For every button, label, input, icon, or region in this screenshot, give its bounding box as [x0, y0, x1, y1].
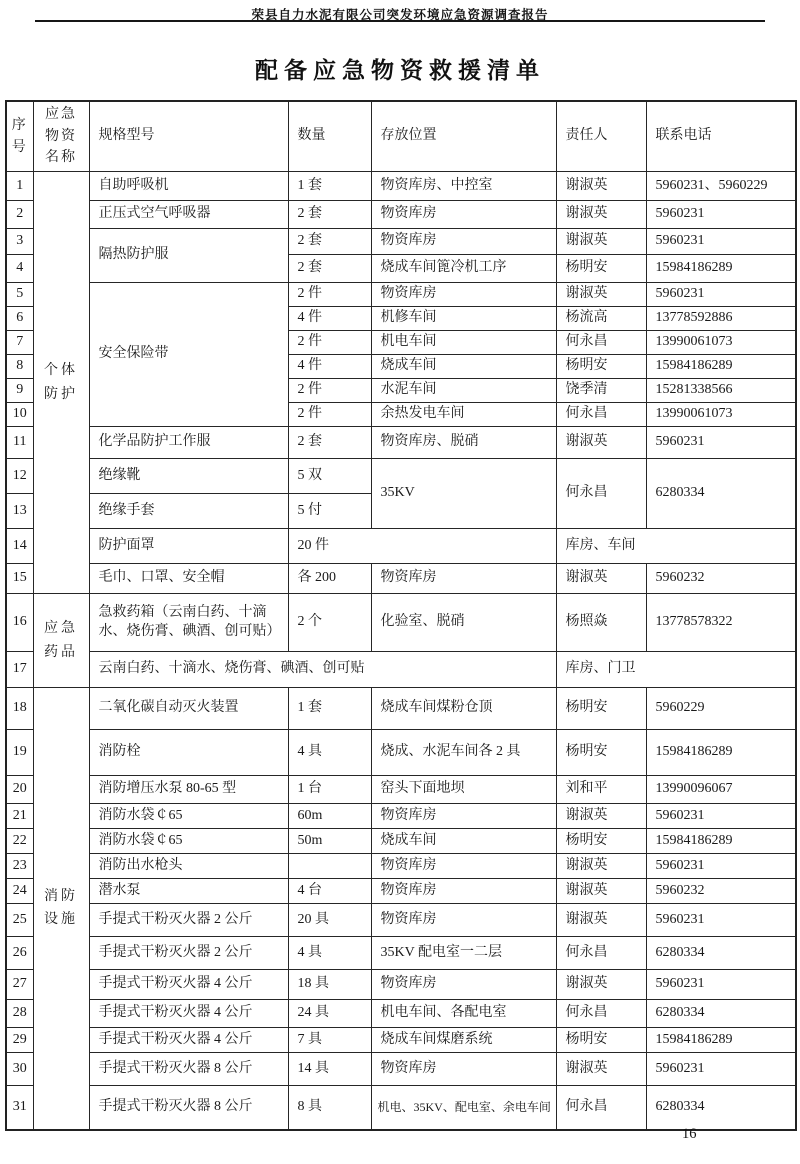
responsible-cell: 杨明安	[556, 255, 646, 283]
phone-cell: 13990096067	[646, 776, 796, 804]
responsible-cell: 杨照焱	[556, 594, 646, 652]
row-number-cell: 29	[6, 1028, 33, 1053]
header-divider	[35, 20, 765, 22]
responsible-cell: 库房、门卫	[556, 652, 796, 688]
quantity-cell: 5 双	[288, 459, 371, 494]
location-cell: 烧成车间煤磨系统	[371, 1028, 556, 1053]
responsible-cell: 谢淑英	[556, 564, 646, 594]
phone-cell: 5960231	[646, 283, 796, 307]
quantity-cell: 2 套	[288, 229, 371, 255]
quantity-cell	[288, 854, 371, 879]
table-row: 23消防出水枪头物资库房谢淑英5960231	[6, 854, 796, 879]
location-cell: 烧成车间煤粉仓顶	[371, 688, 556, 730]
row-number-cell: 25	[6, 904, 33, 937]
table-row: 22消防水袋￠6550m烧成车间杨明安15984186289	[6, 829, 796, 854]
phone-cell: 13990061073	[646, 331, 796, 355]
row-number-cell: 5	[6, 283, 33, 307]
spec-cell: 防护面罩	[89, 529, 288, 564]
responsible-cell: 谢淑英	[556, 172, 646, 201]
spec-cell: 手提式干粉灭火器 4 公斤	[89, 970, 288, 1000]
table-row: 28手提式干粉灭火器 4 公斤24 具机电车间、各配电室何永昌6280334	[6, 1000, 796, 1028]
row-number-cell: 26	[6, 937, 33, 970]
phone-cell: 5960232	[646, 564, 796, 594]
row-number-cell: 6	[6, 307, 33, 331]
spec-cell: 消防出水枪头	[89, 854, 288, 879]
responsible-cell: 谢淑英	[556, 201, 646, 229]
responsible-cell: 杨明安	[556, 688, 646, 730]
location-cell: 化验室、脱硝	[371, 594, 556, 652]
quantity-cell: 2 件	[288, 283, 371, 307]
row-number-cell: 28	[6, 1000, 33, 1028]
spec-cell: 消防增压水泵 80-65 型	[89, 776, 288, 804]
quantity-cell: 2 套	[288, 201, 371, 229]
row-number-cell: 23	[6, 854, 33, 879]
location-cell: 物资库房	[371, 564, 556, 594]
responsible-cell: 谢淑英	[556, 804, 646, 829]
phone-cell: 6280334	[646, 459, 796, 529]
responsible-cell: 何永昌	[556, 937, 646, 970]
table-body: 1个体 防护自助呼吸机1 套物资库房、中控室谢淑英5960231、5960229…	[6, 172, 796, 1130]
spec-cell: 自助呼吸机	[89, 172, 288, 201]
quantity-cell: 18 具	[288, 970, 371, 1000]
page-number: 16	[682, 1126, 697, 1143]
table-row: 16应急 药品急救药箱（云南白药、十滴水、烧伤膏、碘酒、创可贴）2 个化验室、脱…	[6, 594, 796, 652]
table-row: 12绝缘靴5 双35KV何永昌6280334	[6, 459, 796, 494]
table-row: 29手提式干粉灭火器 4 公斤7 具烧成车间煤磨系统杨明安15984186289	[6, 1028, 796, 1053]
column-header: 联系电话	[646, 101, 796, 172]
table-row: 25手提式干粉灭火器 2 公斤20 具物资库房谢淑英5960231	[6, 904, 796, 937]
phone-cell: 15984186289	[646, 829, 796, 854]
table-row: 31手提式干粉灭火器 8 公斤8 具机电、35KV、配电室、余电车间何永昌628…	[6, 1086, 796, 1130]
spec-cell: 云南白药、十滴水、烧伤膏、碘酒、创可贴	[89, 652, 556, 688]
spec-cell: 消防栓	[89, 730, 288, 776]
phone-cell: 5960231	[646, 427, 796, 459]
location-cell: 烧成车间	[371, 355, 556, 379]
row-number-cell: 1	[6, 172, 33, 201]
phone-cell: 5960231	[646, 201, 796, 229]
row-number-cell: 14	[6, 529, 33, 564]
spec-cell: 手提式干粉灭火器 8 公斤	[89, 1053, 288, 1086]
table-row: 2正压式空气呼吸器2 套物资库房谢淑英5960231	[6, 201, 796, 229]
location-cell: 物资库房	[371, 904, 556, 937]
spec-cell: 消防水袋￠65	[89, 804, 288, 829]
spec-cell: 潜水泵	[89, 879, 288, 904]
location-cell: 物资库房	[371, 1053, 556, 1086]
row-number-cell: 31	[6, 1086, 33, 1130]
spec-cell: 手提式干粉灭火器 8 公斤	[89, 1086, 288, 1130]
quantity-cell: 2 套	[288, 255, 371, 283]
row-number-cell: 24	[6, 879, 33, 904]
quantity-cell: 20 件	[288, 529, 556, 564]
table-row: 17云南白药、十滴水、烧伤膏、碘酒、创可贴库房、门卫	[6, 652, 796, 688]
location-cell: 窑头下面地坝	[371, 776, 556, 804]
phone-cell: 15984186289	[646, 255, 796, 283]
responsible-cell: 杨明安	[556, 355, 646, 379]
row-number-cell: 20	[6, 776, 33, 804]
quantity-cell: 7 具	[288, 1028, 371, 1053]
spec-cell: 安全保险带	[89, 283, 288, 427]
table-row: 19消防栓4 具烧成、水泥车间各 2 具杨明安15984186289	[6, 730, 796, 776]
responsible-cell: 何永昌	[556, 459, 646, 529]
row-number-cell: 13	[6, 494, 33, 529]
header-row: 序 号应急 物资 名称规格型号数量存放位置责任人联系电话	[6, 101, 796, 172]
responsible-cell: 谢淑英	[556, 904, 646, 937]
spec-cell: 绝缘靴	[89, 459, 288, 494]
table-row: 27手提式干粉灭火器 4 公斤18 具物资库房谢淑英5960231	[6, 970, 796, 1000]
category-cell: 个体 防护	[33, 172, 89, 594]
table-row: 3隔热防护服2 套物资库房谢淑英5960231	[6, 229, 796, 255]
phone-cell: 5960231	[646, 1053, 796, 1086]
spec-cell: 化学品防护工作服	[89, 427, 288, 459]
location-cell: 烧成车间篦冷机工序	[371, 255, 556, 283]
phone-cell: 5960231	[646, 904, 796, 937]
location-cell: 物资库房	[371, 879, 556, 904]
table-row: 11化学品防护工作服2 套物资库房、脱硝谢淑英5960231	[6, 427, 796, 459]
location-cell: 余热发电车间	[371, 403, 556, 427]
table-row: 20消防增压水泵 80-65 型1 台窑头下面地坝刘和平13990096067	[6, 776, 796, 804]
location-cell: 物资库房	[371, 854, 556, 879]
location-cell: 35KV 配电室一二层	[371, 937, 556, 970]
spec-cell: 毛巾、口罩、安全帽	[89, 564, 288, 594]
location-cell: 机电车间、各配电室	[371, 1000, 556, 1028]
document-page: 荣县自力水泥有限公司突发环境应急资源调查报告 配备应急物资救援清单 序 号应急 …	[0, 0, 800, 1164]
document-title: 配备应急物资救援清单	[0, 52, 800, 85]
table-row: 30手提式干粉灭火器 8 公斤14 具物资库房谢淑英5960231	[6, 1053, 796, 1086]
phone-cell: 5960231	[646, 804, 796, 829]
column-header: 序 号	[6, 101, 33, 172]
responsible-cell: 谢淑英	[556, 854, 646, 879]
row-number-cell: 9	[6, 379, 33, 403]
spec-cell: 隔热防护服	[89, 229, 288, 283]
quantity-cell: 4 具	[288, 730, 371, 776]
responsible-cell: 谢淑英	[556, 879, 646, 904]
location-cell: 机电、35KV、配电室、余电车间	[371, 1086, 556, 1130]
spec-cell: 手提式干粉灭火器 4 公斤	[89, 1000, 288, 1028]
location-cell: 烧成、水泥车间各 2 具	[371, 730, 556, 776]
quantity-cell: 50m	[288, 829, 371, 854]
phone-cell: 5960231	[646, 970, 796, 1000]
responsible-cell: 谢淑英	[556, 970, 646, 1000]
location-cell: 物资库房	[371, 229, 556, 255]
category-cell: 消防 设施	[33, 688, 89, 1130]
spec-cell: 正压式空气呼吸器	[89, 201, 288, 229]
table-row: 21消防水袋￠6560m物资库房谢淑英5960231	[6, 804, 796, 829]
row-number-cell: 3	[6, 229, 33, 255]
responsible-cell: 谢淑英	[556, 1053, 646, 1086]
quantity-cell: 2 套	[288, 427, 371, 459]
responsible-cell: 谢淑英	[556, 283, 646, 307]
quantity-cell: 14 具	[288, 1053, 371, 1086]
spec-cell: 绝缘手套	[89, 494, 288, 529]
phone-cell: 6280334	[646, 937, 796, 970]
phone-cell: 15984186289	[646, 1028, 796, 1053]
quantity-cell: 60m	[288, 804, 371, 829]
location-cell: 物资库房	[371, 283, 556, 307]
spec-cell: 手提式干粉灭火器 4 公斤	[89, 1028, 288, 1053]
quantity-cell: 2 件	[288, 403, 371, 427]
responsible-cell: 谢淑英	[556, 427, 646, 459]
responsible-cell: 何永昌	[556, 1086, 646, 1130]
location-cell: 物资库房	[371, 201, 556, 229]
quantity-cell: 1 台	[288, 776, 371, 804]
row-number-cell: 8	[6, 355, 33, 379]
quantity-cell: 1 套	[288, 688, 371, 730]
row-number-cell: 4	[6, 255, 33, 283]
quantity-cell: 4 件	[288, 307, 371, 331]
row-number-cell: 15	[6, 564, 33, 594]
row-number-cell: 12	[6, 459, 33, 494]
table-row: 24潜水泵4 台物资库房谢淑英5960232	[6, 879, 796, 904]
phone-cell: 15984186289	[646, 355, 796, 379]
quantity-cell: 1 套	[288, 172, 371, 201]
phone-cell: 15984186289	[646, 730, 796, 776]
responsible-cell: 杨明安	[556, 829, 646, 854]
responsible-cell: 杨明安	[556, 1028, 646, 1053]
phone-cell: 5960229	[646, 688, 796, 730]
row-number-cell: 17	[6, 652, 33, 688]
table-row: 14防护面罩20 件库房、车间	[6, 529, 796, 564]
column-header: 责任人	[556, 101, 646, 172]
phone-cell: 5960232	[646, 879, 796, 904]
supplies-table: 序 号应急 物资 名称规格型号数量存放位置责任人联系电话 1个体 防护自助呼吸机…	[5, 100, 797, 1131]
quantity-cell: 2 件	[288, 331, 371, 355]
phone-cell: 5960231、5960229	[646, 172, 796, 201]
spec-cell: 手提式干粉灭火器 2 公斤	[89, 937, 288, 970]
column-header: 规格型号	[89, 101, 288, 172]
location-cell: 水泥车间	[371, 379, 556, 403]
location-cell: 35KV	[371, 459, 556, 529]
row-number-cell: 19	[6, 730, 33, 776]
row-number-cell: 30	[6, 1053, 33, 1086]
responsible-cell: 谢淑英	[556, 229, 646, 255]
table-row: 15毛巾、口罩、安全帽各 200物资库房谢淑英5960232	[6, 564, 796, 594]
quantity-cell: 2 件	[288, 379, 371, 403]
location-cell: 机电车间	[371, 331, 556, 355]
column-header: 存放位置	[371, 101, 556, 172]
spec-cell: 急救药箱（云南白药、十滴水、烧伤膏、碘酒、创可贴）	[89, 594, 288, 652]
phone-cell: 5960231	[646, 229, 796, 255]
row-number-cell: 2	[6, 201, 33, 229]
table-header: 序 号应急 物资 名称规格型号数量存放位置责任人联系电话	[6, 101, 796, 172]
responsible-cell: 何永昌	[556, 1000, 646, 1028]
quantity-cell: 4 件	[288, 355, 371, 379]
responsible-cell: 库房、车间	[556, 529, 796, 564]
table-row: 26手提式干粉灭火器 2 公斤4 具35KV 配电室一二层何永昌6280334	[6, 937, 796, 970]
location-cell: 烧成车间	[371, 829, 556, 854]
spec-cell: 消防水袋￠65	[89, 829, 288, 854]
quantity-cell: 4 台	[288, 879, 371, 904]
responsible-cell: 刘和平	[556, 776, 646, 804]
row-number-cell: 21	[6, 804, 33, 829]
responsible-cell: 杨流高	[556, 307, 646, 331]
quantity-cell: 2 个	[288, 594, 371, 652]
quantity-cell: 5 付	[288, 494, 371, 529]
row-number-cell: 11	[6, 427, 33, 459]
location-cell: 物资库房、脱硝	[371, 427, 556, 459]
phone-cell: 5960231	[646, 854, 796, 879]
row-number-cell: 22	[6, 829, 33, 854]
phone-cell: 15281338566	[646, 379, 796, 403]
location-cell: 物资库房	[371, 804, 556, 829]
location-cell: 物资库房、中控室	[371, 172, 556, 201]
phone-cell: 13990061073	[646, 403, 796, 427]
quantity-cell: 24 具	[288, 1000, 371, 1028]
responsible-cell: 何永昌	[556, 403, 646, 427]
column-header: 应急 物资 名称	[33, 101, 89, 172]
phone-cell: 13778578322	[646, 594, 796, 652]
responsible-cell: 饶季清	[556, 379, 646, 403]
row-number-cell: 18	[6, 688, 33, 730]
table-row: 1个体 防护自助呼吸机1 套物资库房、中控室谢淑英5960231、5960229	[6, 172, 796, 201]
spec-cell: 手提式干粉灭火器 2 公斤	[89, 904, 288, 937]
phone-cell: 6280334	[646, 1086, 796, 1130]
location-cell: 机修车间	[371, 307, 556, 331]
column-header: 数量	[288, 101, 371, 172]
quantity-cell: 4 具	[288, 937, 371, 970]
phone-cell: 13778592886	[646, 307, 796, 331]
quantity-cell: 20 具	[288, 904, 371, 937]
location-cell: 物资库房	[371, 970, 556, 1000]
phone-cell: 6280334	[646, 1000, 796, 1028]
spec-cell: 二氧化碳自动灭火装置	[89, 688, 288, 730]
category-cell: 应急 药品	[33, 594, 89, 688]
row-number-cell: 10	[6, 403, 33, 427]
row-number-cell: 16	[6, 594, 33, 652]
table-row: 18消防 设施二氧化碳自动灭火装置1 套烧成车间煤粉仓顶杨明安5960229	[6, 688, 796, 730]
quantity-cell: 8 具	[288, 1086, 371, 1130]
table-row: 5安全保险带2 件物资库房谢淑英5960231	[6, 283, 796, 307]
row-number-cell: 7	[6, 331, 33, 355]
responsible-cell: 何永昌	[556, 331, 646, 355]
quantity-cell: 各 200	[288, 564, 371, 594]
responsible-cell: 杨明安	[556, 730, 646, 776]
row-number-cell: 27	[6, 970, 33, 1000]
